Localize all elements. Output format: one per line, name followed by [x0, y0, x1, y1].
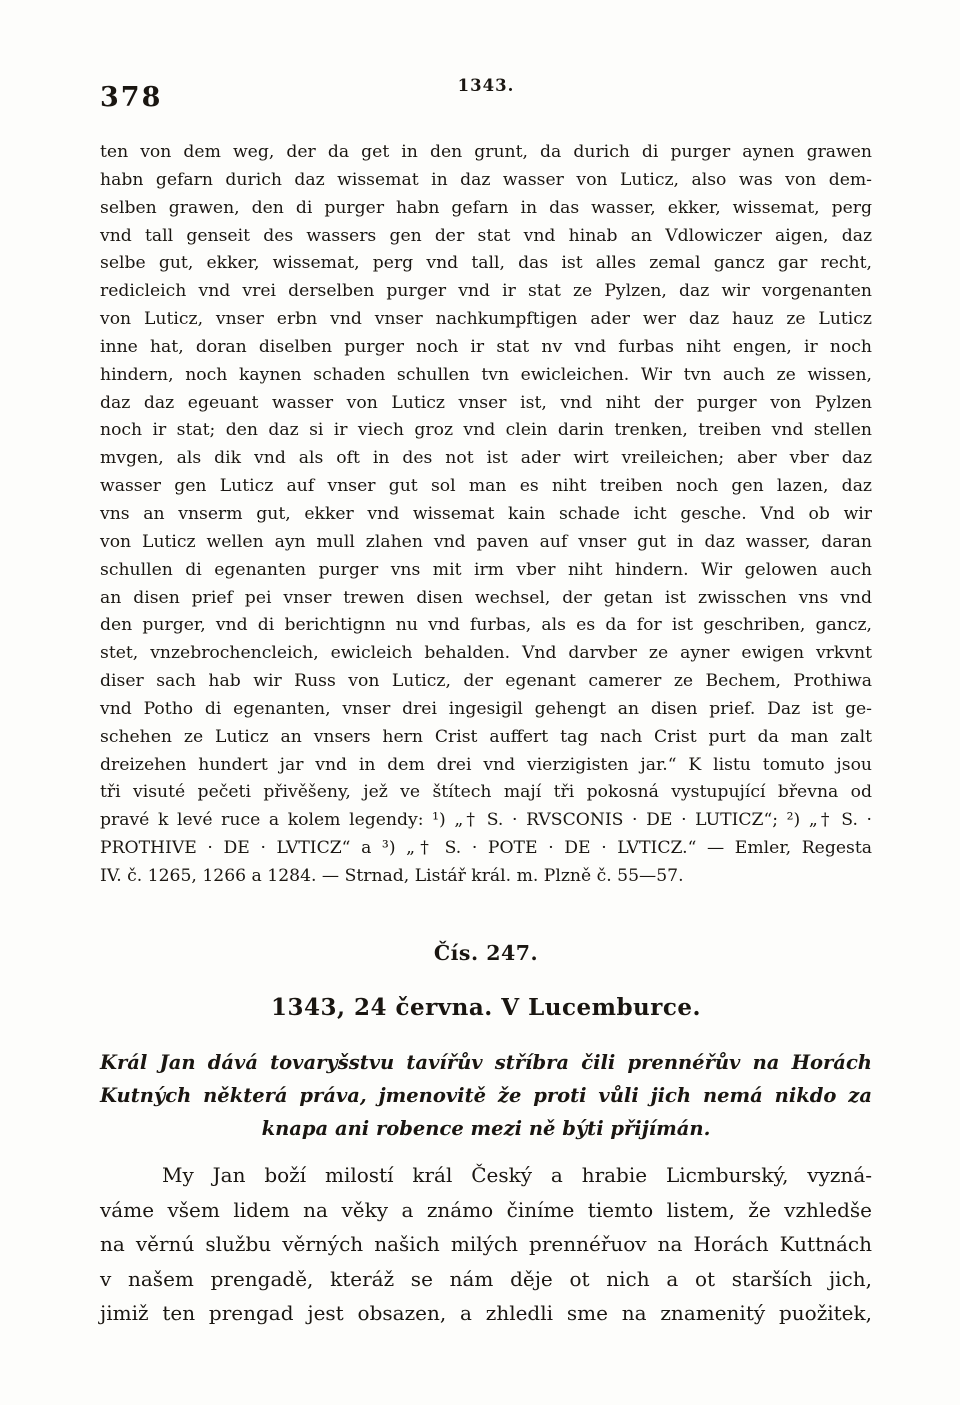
text-line: PROTHIVE · DE · LVTICZ“ a ³) „† S. · POT… [100, 835, 872, 863]
text-line: vns an vnserm gut, ekker vnd wissemat ka… [100, 501, 872, 529]
text-line: selbe gut, ekker, wissemat, perg vnd tal… [100, 250, 872, 278]
text-line: stet, vnzebrochencleich, ewicleich behal… [100, 640, 872, 668]
text-line: selben grawen, den di purger habn gefarn… [100, 195, 872, 223]
text-line: inne hat, doran diselben purger noch ir … [100, 334, 872, 362]
summary-line: Kutných některá práva, jmenovitě že prot… [100, 1079, 872, 1112]
body-line: váme všem lidem na věky a známo činíme t… [100, 1193, 872, 1228]
entry-summary: Král Jan dává tovaryšstvu tavířův stříbr… [100, 1046, 872, 1145]
entry-body: My Jan boží milostí král Český a hrabie … [100, 1158, 872, 1331]
body-line: My Jan boží milostí král Český a hrabie … [100, 1158, 872, 1193]
text-line: mvgen, als dik vnd als oft in des not is… [100, 445, 872, 473]
text-line: vnd tall genseit des wassers gen der sta… [100, 223, 872, 251]
text-line: schullen di egenanten purger vns mit irm… [100, 557, 872, 585]
running-head: 1343. [100, 76, 872, 95]
summary-line: knapa ani robence mezi ně býti přijímán. [100, 1112, 872, 1145]
text-line: tři visuté pečeti přivěšeny, jež ve štít… [100, 779, 872, 807]
text-line: noch ir stat; den daz si ir viech groz v… [100, 417, 872, 445]
text-line: dreizehen hundert jar vnd in dem drei vn… [100, 752, 872, 780]
text-line: habn gefarn durich daz wissemat in daz w… [100, 167, 872, 195]
body-line: na věrnú službu věrných našich milých pr… [100, 1227, 872, 1262]
text-line: schehen ze Luticz an vnsers hern Crist a… [100, 724, 872, 752]
text-line: den purger, vnd di berichtignn nu vnd fu… [100, 612, 872, 640]
entry-246-continuation: ten von dem weg, der da get in den grunt… [100, 139, 872, 891]
body-line: jimiž ten prengad jest obsazen, a zhledl… [100, 1296, 872, 1331]
text-line: pravé k levé ruce a kolem legendy: ¹) „†… [100, 807, 872, 835]
body-line: v našem prengadě, kteráž se nám děje ot … [100, 1262, 872, 1297]
text-line: von Luticz, vnser erbn vnd vnser nachkum… [100, 306, 872, 334]
text-line: IV. č. 1265, 1266 a 1284. — Strnad, List… [100, 863, 872, 891]
text-line: hindern, noch kaynen schaden schullen tv… [100, 362, 872, 390]
page-header: 378 1343. [100, 76, 872, 116]
text-line: ten von dem weg, der da get in den grunt… [100, 139, 872, 167]
summary-line: Král Jan dává tovaryšstvu tavířův stříbr… [100, 1046, 872, 1079]
text-line: diser sach hab wir Russ von Luticz, der … [100, 668, 872, 696]
text-line: an disen prief pei vnser trewen disen we… [100, 585, 872, 613]
text-line: daz daz egeuant wasser von Luticz vnser … [100, 390, 872, 418]
text-line: von Luticz wellen ayn mull zlahen vnd pa… [100, 529, 872, 557]
text-line: redicleich vnd vrei derselben purger vnd… [100, 278, 872, 306]
text-line: vnd Potho di egenanten, vnser drei inges… [100, 696, 872, 724]
entry-number-heading: Čís. 247. [100, 941, 872, 965]
entry-date-heading: 1343, 24 června. V Lucemburce. [100, 994, 872, 1021]
text-line: wasser gen Luticz auf vnser gut sol man … [100, 473, 872, 501]
book-page: 378 1343. ten von dem weg, der da get in… [0, 0, 960, 1405]
